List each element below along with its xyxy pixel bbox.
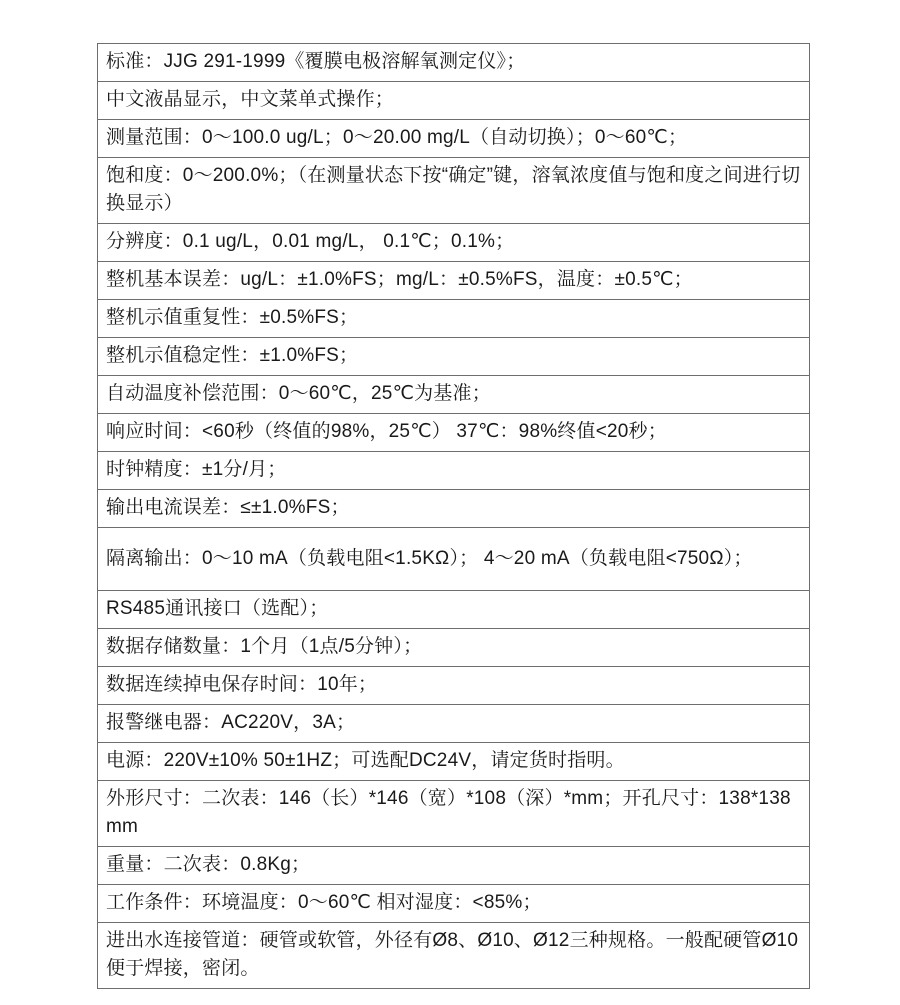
spec-row-working-conditions: 工作条件：环境温度：0～60℃ 相对湿度：<85%； <box>98 885 810 923</box>
spec-row-clock-accuracy: 时钟精度：±1分/月； <box>98 452 810 490</box>
spec-cell: 饱和度：0～200.0%；（在测量状态下按“确定”键，溶氧浓度值与饱和度之间进行… <box>98 158 810 224</box>
spec-row-isolated-output: 隔离输出：0～10 mA（负载电阻<1.5KΩ）； 4～20 mA（负载电阻<7… <box>98 528 810 591</box>
spec-row-range: 测量范围：0～100.0 ug/L；0～20.00 mg/L（自动切换）；0～6… <box>98 120 810 158</box>
spec-cell: 数据存储数量：1个月（1点/5分钟）； <box>98 629 810 667</box>
spec-row-resolution: 分辨度：0.1 ug/L，0.01 mg/L， 0.1℃；0.1%； <box>98 224 810 262</box>
spec-row-repeatability: 整机示值重复性：±0.5%FS； <box>98 300 810 338</box>
spec-row-data-retention: 数据连续掉电保存时间：10年； <box>98 667 810 705</box>
spec-cell: 响应时间：<60秒（终值的98%，25℃） 37℃：98%终值<20秒； <box>98 414 810 452</box>
spec-row-weight: 重量：二次表：0.8Kg； <box>98 847 810 885</box>
spec-cell: 电源：220V±10% 50±1HZ；可选配DC24V，请定货时指明。 <box>98 743 810 781</box>
spec-row-power: 电源：220V±10% 50±1HZ；可选配DC24V，请定货时指明。 <box>98 743 810 781</box>
spec-row-temp-compensation: 自动温度补偿范围：0～60℃，25℃为基准； <box>98 376 810 414</box>
spec-cell: 重量：二次表：0.8Kg； <box>98 847 810 885</box>
spec-row-dimensions: 外形尺寸：二次表：146（长）*146（宽）*108（深）*mm；开孔尺寸：13… <box>98 781 810 847</box>
spec-cell: 数据连续掉电保存时间：10年； <box>98 667 810 705</box>
spec-cell: 隔离输出：0～10 mA（负载电阻<1.5KΩ）； 4～20 mA（负载电阻<7… <box>98 528 810 591</box>
spec-row-basic-error: 整机基本误差：ug/L：±1.0%FS；mg/L：±0.5%FS，温度：±0.5… <box>98 262 810 300</box>
spec-row-pipe-connection: 进出水连接管道：硬管或软管，外径有Ø8、Ø10、Ø12三种规格。一般配硬管Ø10… <box>98 923 810 989</box>
spec-cell: 进出水连接管道：硬管或软管，外径有Ø8、Ø10、Ø12三种规格。一般配硬管Ø10… <box>98 923 810 989</box>
spec-row-standard: 标准：JJG 291-1999《覆膜电极溶解氧测定仪》； <box>98 44 810 82</box>
spec-row-stability: 整机示值稳定性：±1.0%FS； <box>98 338 810 376</box>
spec-cell: 报警继电器：AC220V，3A； <box>98 705 810 743</box>
spec-cell: 输出电流误差：≤±1.0%FS； <box>98 490 810 528</box>
spec-cell: 整机基本误差：ug/L：±1.0%FS；mg/L：±0.5%FS，温度：±0.5… <box>98 262 810 300</box>
spec-cell: 整机示值重复性：±0.5%FS； <box>98 300 810 338</box>
spec-cell: 测量范围：0～100.0 ug/L；0～20.00 mg/L（自动切换）；0～6… <box>98 120 810 158</box>
spec-row-data-storage: 数据存储数量：1个月（1点/5分钟）； <box>98 629 810 667</box>
spec-cell: 自动温度补偿范围：0～60℃，25℃为基准； <box>98 376 810 414</box>
spec-table: 标准：JJG 291-1999《覆膜电极溶解氧测定仪》； 中文液晶显示，中文菜单… <box>97 43 810 989</box>
spec-cell: RS485通讯接口（选配）； <box>98 591 810 629</box>
spec-cell: 外形尺寸：二次表：146（长）*146（宽）*108（深）*mm；开孔尺寸：13… <box>98 781 810 847</box>
spec-row-alarm-relay: 报警继电器：AC220V，3A； <box>98 705 810 743</box>
spec-row-rs485: RS485通讯接口（选配）； <box>98 591 810 629</box>
spec-row-response-time: 响应时间：<60秒（终值的98%，25℃） 37℃：98%终值<20秒； <box>98 414 810 452</box>
spec-row-output-error: 输出电流误差：≤±1.0%FS； <box>98 490 810 528</box>
spec-cell: 时钟精度：±1分/月； <box>98 452 810 490</box>
spec-cell: 工作条件：环境温度：0～60℃ 相对湿度：<85%； <box>98 885 810 923</box>
spec-row-saturation: 饱和度：0～200.0%；（在测量状态下按“确定”键，溶氧浓度值与饱和度之间进行… <box>98 158 810 224</box>
spec-cell: 标准：JJG 291-1999《覆膜电极溶解氧测定仪》； <box>98 44 810 82</box>
spec-cell: 分辨度：0.1 ug/L，0.01 mg/L， 0.1℃；0.1%； <box>98 224 810 262</box>
spec-cell: 中文液晶显示，中文菜单式操作； <box>98 82 810 120</box>
spec-cell: 整机示值稳定性：±1.0%FS； <box>98 338 810 376</box>
spec-row-display: 中文液晶显示，中文菜单式操作； <box>98 82 810 120</box>
